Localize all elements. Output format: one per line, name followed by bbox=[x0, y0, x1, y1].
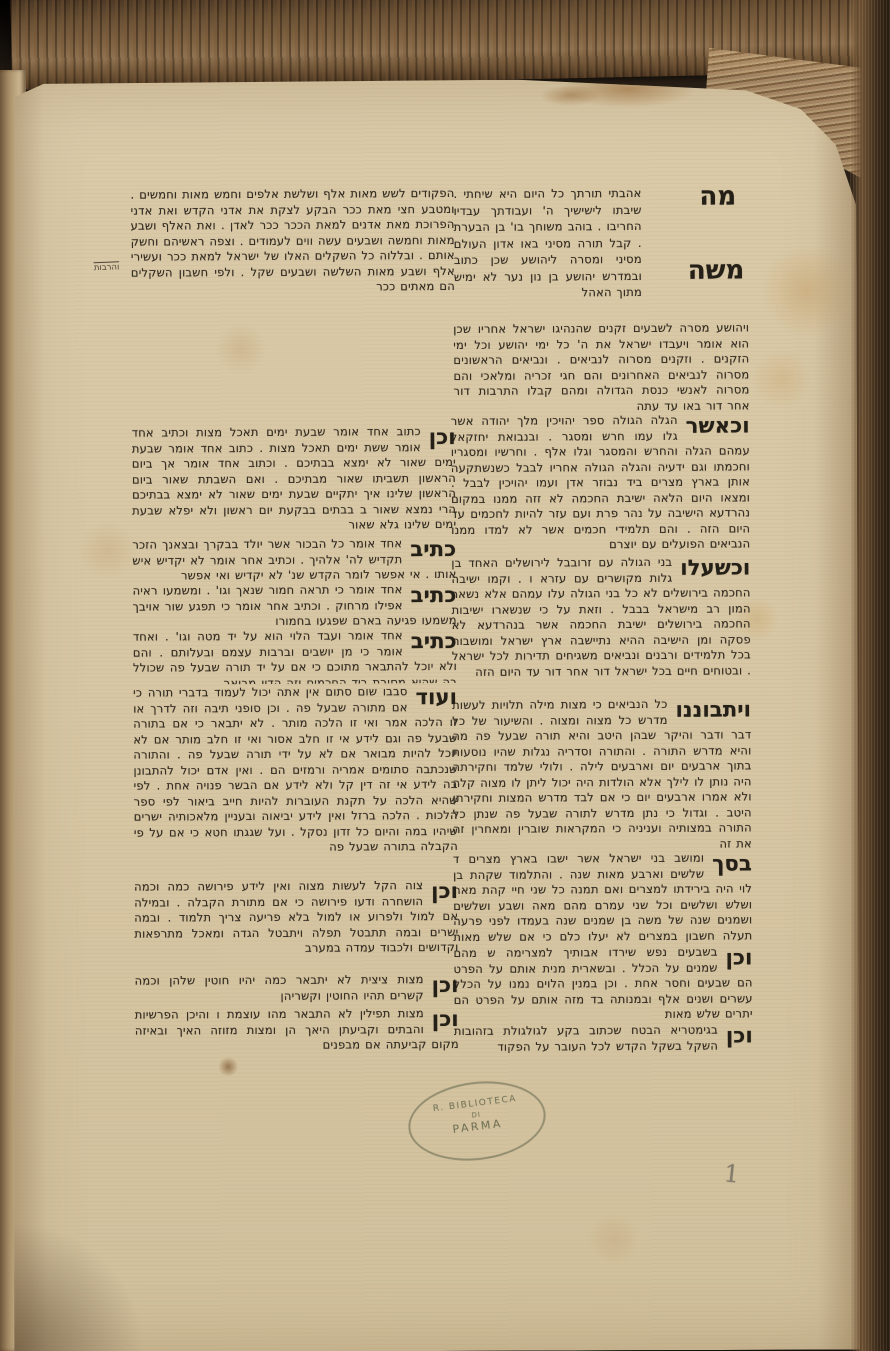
block-text: אחד אומר ועבד הלוי הוא על יד מטה וגו' . … bbox=[133, 628, 457, 684]
block-text: אחד אומר כל הבכור אשר יולד בבקרך ובצאנך … bbox=[132, 536, 456, 582]
catchword: כתיב bbox=[410, 537, 456, 562]
right-column-block: וכשעלו בני הגולה עם זרובבל לירושלים האחד… bbox=[451, 554, 751, 696]
block-text: ויהושע מסרה לשבעים זקנים שהנהיגו ישראל א… bbox=[453, 320, 749, 412]
left-column-block: וכן צוה הקל לעשות מצוה ואין לידע פירושה … bbox=[134, 878, 458, 958]
right-column-block: ויתבוננו כל הנביאים כי מצות מילה תלויות … bbox=[452, 696, 752, 853]
left-column-block: וכן מצות תפילין לא התבאר מהו עוצמת ו והי… bbox=[135, 1006, 459, 1055]
right-column-block: וכן בגימטריא הבטח שכתוב בקע לגולגולת בזה… bbox=[454, 1022, 753, 1056]
incipit-word-mah: מה bbox=[699, 182, 736, 210]
left-column-block: ועוד סבבו שום סתום אין אתה יכול לעמוד בד… bbox=[133, 684, 458, 872]
right-column-block: וכאשר הגלה הגולה ספר יהויכין מלך יהודה א… bbox=[451, 412, 751, 554]
left-column-block: וכן מצות ציצית לא יתבאר כמה יהיו חוטין ש… bbox=[135, 972, 459, 1006]
block-text: צוה הקל לעשות מצוה ואין לידע פירושה כמה … bbox=[134, 878, 458, 955]
catchword: וכאשר bbox=[686, 413, 750, 438]
block-text: אחד אומר כי תראה חמור שנאך וגו' . ומשמעו… bbox=[133, 582, 457, 628]
catchword: כתיב bbox=[411, 629, 457, 654]
catchword: וכן bbox=[432, 973, 459, 998]
catchword: וכן bbox=[726, 1023, 753, 1048]
left-column-block: וכן כתוב אחד אומר שבעת ימים תאכל מצות וכ… bbox=[132, 424, 457, 535]
catchword: וכשעלו bbox=[680, 555, 750, 580]
block-text: בגימטריא הבטח שכתוב בקע לגולגולת בזהובות… bbox=[454, 1023, 718, 1054]
block-text: סבבו שום סתום אין אתה יכול לעמוד בדברי ת… bbox=[133, 684, 458, 853]
block-text: מצות ציצית לא יתבאר כמה יהיו חוטין שלהן … bbox=[135, 972, 424, 1002]
catchword: ויתבוננו bbox=[676, 697, 752, 722]
catchword: ועוד bbox=[415, 685, 457, 710]
left-column-block: כתיב אחד אומר כי תראה חמור שנאך וגו' . ו… bbox=[133, 582, 457, 631]
folio-number: 1 bbox=[723, 1159, 741, 1188]
block-text: כתוב אחד אומר שבעת ימים תאכל מצות וכתיב … bbox=[132, 424, 457, 531]
catchword: וכן bbox=[429, 425, 456, 450]
right-column-opening-block: אהבתי תורתך כל היום היא שיחתי . שיבתו לי… bbox=[453, 185, 642, 318]
catchword: וכן bbox=[431, 879, 458, 904]
catchword: בסך bbox=[712, 851, 752, 876]
scanned-book-photo: מה משה אהבתי תורתך כל היום היא שיחתי . ש… bbox=[0, 0, 890, 1351]
catchword: וכן bbox=[725, 945, 752, 970]
opening-text: אהבתי תורתך כל היום היא שיחתי . שיבתו לי… bbox=[453, 186, 642, 299]
left-column-block: הפקודים לשש מאות אלף ושלשת אלפים וחמש מא… bbox=[130, 186, 455, 297]
block-text: בשבעים נפש שירדו אבותיך למצרימה ש מהם שמ… bbox=[453, 945, 752, 1021]
catchword: וכן bbox=[432, 1007, 459, 1032]
block-text: הפקודים לשש מאות אלף ושלשת אלפים וחמש מא… bbox=[130, 186, 455, 293]
marginal-note: והרבות bbox=[94, 262, 120, 273]
incipit-word-moshe: משה bbox=[688, 256, 745, 284]
right-column-block: בסך ומושב בני ישראל אשר ישבו בארץ מצרים … bbox=[453, 850, 752, 945]
right-column-block: וכן בשבעים נפש שירדו אבותיך למצרימה ש מה… bbox=[453, 944, 752, 1024]
right-column-block: ויהושע מסרה לשבעים זקנים שהנהיגו ישראל א… bbox=[453, 320, 749, 415]
left-column-block: כתיב אחד אומר כל הבכור אשר יולד בבקרך וב… bbox=[132, 536, 456, 585]
catchword: כתיב bbox=[410, 583, 456, 608]
block-text: ומושב בני ישראל אשר ישבו בארץ מצרים ד של… bbox=[453, 851, 752, 945]
block-text: מצות תפילין לא התבאר מהו עוצמת ו והיכן ה… bbox=[135, 1006, 459, 1052]
left-column-block: כתיב אחד אומר ועבד הלוי הוא על יד מטה וג… bbox=[133, 628, 457, 685]
